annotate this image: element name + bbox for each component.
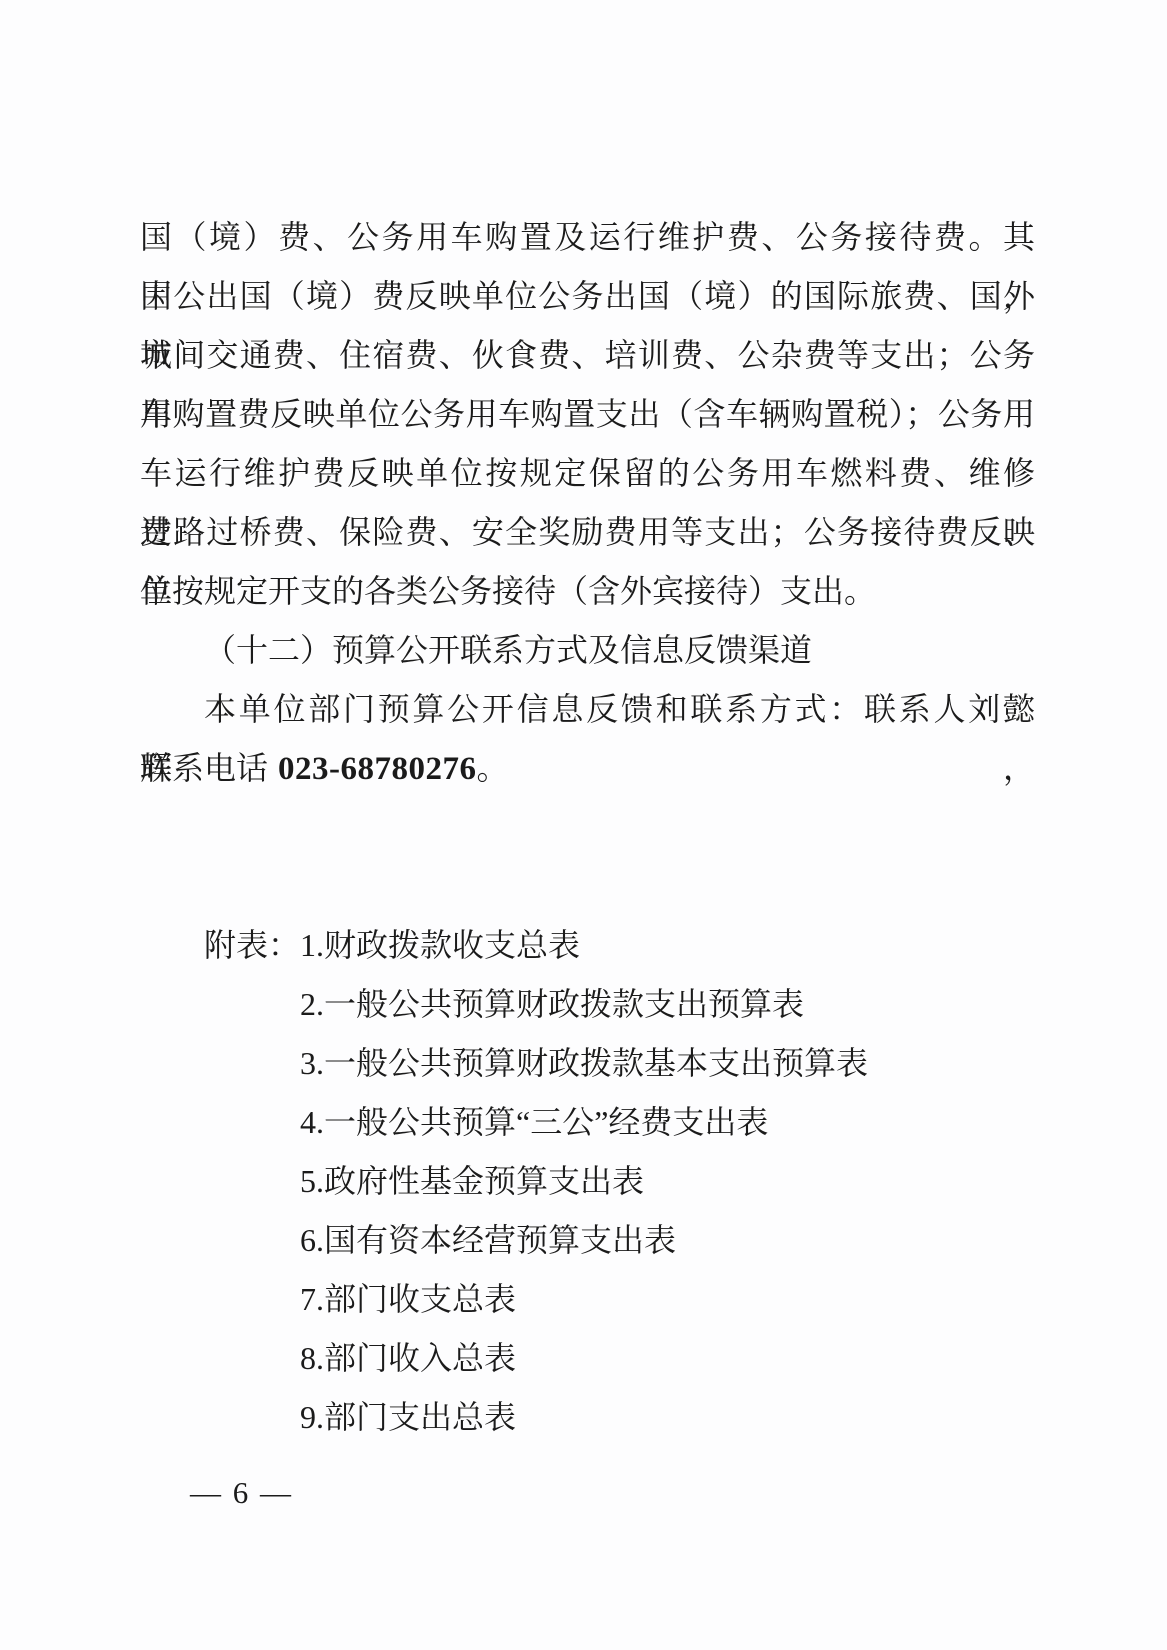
attachment-item: 3.一般公共预算财政拨款基本支出预算表 bbox=[140, 1034, 1035, 1093]
body-line: 过路过桥费、保险费、安全奖励费用等支出；公务接待费反映单 bbox=[140, 503, 1035, 562]
attachments-list: 附表：1.财政拨款收支总表 2.一般公共预算财政拨款支出预算表 3.一般公共预算… bbox=[140, 916, 1035, 1447]
blank-line bbox=[140, 798, 1035, 857]
attachment-item: 4.一般公共预算“三公”经费支出表 bbox=[140, 1093, 1035, 1152]
attachment-item: 5.政府性基金预算支出表 bbox=[140, 1152, 1035, 1211]
phone-number: 023-68780276 bbox=[278, 751, 477, 787]
attachment-item: 8.部门收入总表 bbox=[140, 1329, 1035, 1388]
body-line: 国（境）费、公务用车购置及运行维护费、公务接待费。其中， bbox=[140, 208, 1035, 267]
body-line: 市间交通费、住宿费、伙食费、培训费、公杂费等支出；公务用 bbox=[140, 326, 1035, 385]
body-line: 位按规定开支的各类公务接待（含外宾接待）支出。 bbox=[140, 562, 1035, 621]
attachment-item: 6.国有资本经营预算支出表 bbox=[140, 1211, 1035, 1270]
attachment-item: 7.部门收支总表 bbox=[140, 1270, 1035, 1329]
attachment-item: 2.一般公共预算财政拨款支出预算表 bbox=[140, 975, 1035, 1034]
document-page: 国（境）费、公务用车购置及运行维护费、公务接待费。其中， 因公出国（境）费反映单… bbox=[0, 0, 1167, 1650]
contact-info-line: 本单位部门预算公开信息反馈和联系方式：联系人刘懿辉， bbox=[140, 680, 1035, 739]
document-body: 国（境）费、公务用车购置及运行维护费、公务接待费。其中， 因公出国（境）费反映单… bbox=[140, 208, 1035, 1447]
attachments-first-line: 附表：1.财政拨款收支总表 bbox=[140, 916, 1035, 975]
phone-punctuation: 。 bbox=[477, 750, 509, 786]
attachments-label: 附表： bbox=[204, 927, 300, 963]
paragraph-three-public-expenses: 国（境）费、公务用车购置及运行维护费、公务接待费。其中， 因公出国（境）费反映单… bbox=[140, 208, 1035, 621]
blank-line bbox=[140, 857, 1035, 916]
attachment-item: 1.财政拨款收支总表 bbox=[300, 927, 580, 963]
phone-label: 联系电话 bbox=[140, 750, 268, 786]
page-number: — 6 — bbox=[190, 1475, 293, 1510]
page-footer: — 6 — bbox=[190, 1474, 293, 1512]
section-heading-12: （十二）预算公开联系方式及信息反馈渠道 bbox=[140, 621, 1035, 680]
body-line: 车运行维护费反映单位按规定保留的公务用车燃料费、维修费、 bbox=[140, 444, 1035, 503]
body-line: 因公出国（境）费反映单位公务出国（境）的国际旅费、国外城 bbox=[140, 267, 1035, 326]
body-line: 车购置费反映单位公务用车购置支出（含车辆购置税）；公务用 bbox=[140, 385, 1035, 444]
attachment-item: 9.部门支出总表 bbox=[140, 1388, 1035, 1447]
